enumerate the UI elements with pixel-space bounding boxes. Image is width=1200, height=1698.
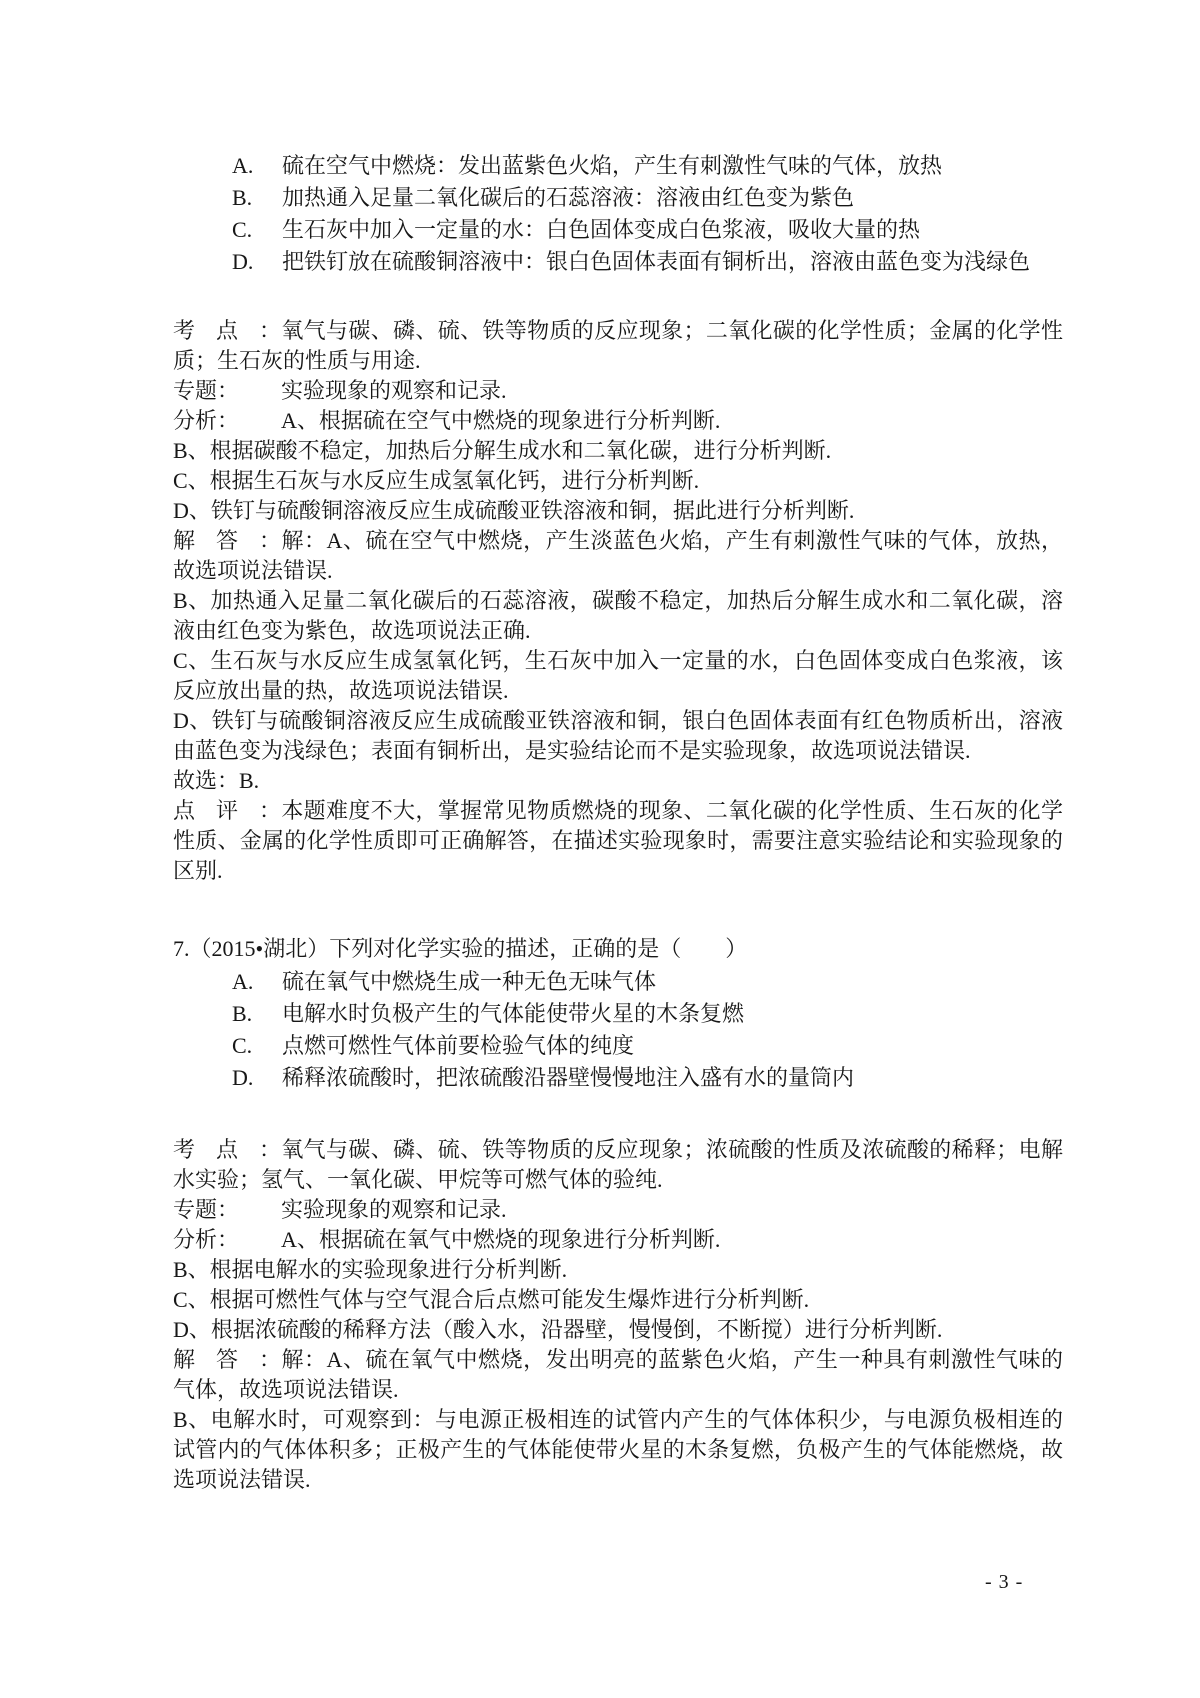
- option-letter: B.: [232, 998, 282, 1030]
- line-text: 实验现象的观察和记录.: [281, 378, 507, 403]
- analysis-line: C、生石灰与水反应生成氢氧化钙，生石灰中加入一定量的水，白色固体变成白色浆液，该: [173, 646, 1063, 676]
- option-line: C.生石灰中加入一定量的水：白色固体变成白色浆液，吸收大量的热: [173, 214, 1063, 246]
- line-text: 氧气与碳、磷、硫、铁等物质的反应现象；二氧化碳的化学性质；金属的化学性: [281, 318, 1063, 343]
- analysis-line: 区别.: [173, 856, 1063, 886]
- analysis-line: B、根据碳酸不稳定，加热后分解生成水和二氧化碳，进行分析判断.: [173, 436, 1063, 466]
- analysis-line: D、铁钉与硫酸铜溶液反应生成硫酸亚铁溶液和铜，银白色固体表面有红色物质析出，溶液: [173, 706, 1063, 736]
- analysis-line: 性质、金属的化学性质即可正确解答，在描述实验现象时，需要注意实验结论和实验现象的: [173, 826, 1063, 856]
- analysis-line: 考点：氧气与碳、磷、硫、铁等物质的反应现象；二氧化碳的化学性质；金属的化学性: [173, 316, 1063, 346]
- question7-analysis: 考点：氧气与碳、磷、硫、铁等物质的反应现象；浓硫酸的性质及浓硫酸的稀释；电解水实…: [173, 1135, 1063, 1495]
- line-text: 水实验；氢气、一氧化碳、甲烷等可燃气体的验纯.: [173, 1167, 663, 1192]
- page-number: - 3 -: [985, 1571, 1023, 1594]
- line-text: 硫在氧气中燃烧生成一种无色无味气体: [282, 969, 656, 994]
- analysis-line: B、加热通入足量二氧化碳后的石蕊溶液，碳酸不稳定，加热后分解生成水和二氧化碳，溶: [173, 586, 1063, 616]
- option-line: D.稀释浓硫酸时，把浓硫酸沿器壁慢慢地注入盛有水的量筒内: [173, 1062, 1063, 1094]
- line-text: 试管内的气体体积多；正极产生的气体能使带火星的木条复燃，负极产生的气体能燃烧，故: [173, 1437, 1063, 1462]
- option-letter: C.: [232, 1030, 282, 1062]
- line-text: 加热通入足量二氧化碳后的石蕊溶液：溶液由红色变为紫色: [282, 185, 854, 210]
- line-text: 选项说法错误.: [173, 1467, 311, 1492]
- analysis-line: 分析：A、根据硫在氧气中燃烧的现象进行分析判断.: [173, 1225, 1063, 1255]
- analysis-label: 点评：: [173, 796, 281, 826]
- line-text: 把铁钉放在硫酸铜溶液中：银白色固体表面有铜析出，溶液由蓝色变为浅绿色: [282, 249, 1030, 274]
- analysis-line: 质；生石灰的性质与用途.: [173, 346, 1063, 376]
- line-text: 点燃可燃性气体前要检验气体的纯度: [282, 1033, 634, 1058]
- line-text: C、生石灰与水反应生成氢氧化钙，生石灰中加入一定量的水，白色固体变成白色浆液，该: [173, 648, 1063, 673]
- analysis-line: 水实验；氢气、一氧化碳、甲烷等可燃气体的验纯.: [173, 1165, 1063, 1195]
- line-text: D、根据浓硫酸的稀释方法（酸入水，沿器壁，慢慢倒，不断搅）进行分析判断.: [173, 1317, 942, 1342]
- option-line: C.点燃可燃性气体前要检验气体的纯度: [173, 1030, 1063, 1062]
- option-letter: A.: [232, 150, 282, 182]
- line-text: 解：A、硫在氧气中燃烧，发出明亮的蓝紫色火焰，产生一种具有刺激性气味的: [281, 1347, 1063, 1372]
- question6-analysis: 考点：氧气与碳、磷、硫、铁等物质的反应现象；二氧化碳的化学性质；金属的化学性质；…: [173, 316, 1063, 886]
- question7-options: A.硫在氧气中燃烧生成一种无色无味气体B.电解水时负极产生的气体能使带火星的木条…: [173, 966, 1063, 1094]
- question6-options: A.硫在空气中燃烧：发出蓝紫色火焰，产生有刺激性气味的气体，放热B.加热通入足量…: [173, 150, 1063, 278]
- analysis-line: B、电解水时，可观察到：与电源正极相连的试管内产生的气体体积少，与电源负极相连的: [173, 1405, 1063, 1435]
- line-text: D、铁钉与硫酸铜溶液反应生成硫酸亚铁溶液和铜，银白色固体表面有红色物质析出，溶液: [173, 708, 1063, 733]
- option-line: A.硫在氧气中燃烧生成一种无色无味气体: [173, 966, 1063, 998]
- analysis-line: 故选项说法错误.: [173, 556, 1063, 586]
- line-text: 性质、金属的化学性质即可正确解答，在描述实验现象时，需要注意实验结论和实验现象的: [173, 828, 1063, 853]
- analysis-label: 解答：: [173, 526, 281, 556]
- analysis-label: 专题：: [173, 376, 281, 406]
- analysis-label: 专题：: [173, 1195, 281, 1225]
- analysis-label: 分析：: [173, 1225, 281, 1255]
- analysis-line: 故选：B.: [173, 766, 1063, 796]
- line-text: C、根据可燃性气体与空气混合后点燃可能发生爆炸进行分析判断.: [173, 1287, 809, 1312]
- analysis-line: 点评：本题难度不大，掌握常见物质燃烧的现象、二氧化碳的化学性质、生石灰的化学: [173, 796, 1063, 826]
- line-text: 故选项说法错误.: [173, 558, 333, 583]
- option-line: D.把铁钉放在硫酸铜溶液中：银白色固体表面有铜析出，溶液由蓝色变为浅绿色: [173, 246, 1063, 278]
- document-page: A.硫在空气中燃烧：发出蓝紫色火焰，产生有刺激性气味的气体，放热B.加热通入足量…: [0, 0, 1200, 1698]
- line-text: A、根据硫在氧气中燃烧的现象进行分析判断.: [281, 1227, 720, 1252]
- line-text: 区别.: [173, 858, 223, 883]
- line-text: 本题难度不大，掌握常见物质燃烧的现象、二氧化碳的化学性质、生石灰的化学: [281, 798, 1063, 823]
- line-text: 实验现象的观察和记录.: [281, 1197, 507, 1222]
- analysis-line: 气体，故选项说法错误.: [173, 1375, 1063, 1405]
- option-line: A.硫在空气中燃烧：发出蓝紫色火焰，产生有刺激性气味的气体，放热: [173, 150, 1063, 182]
- analysis-label: 考点：: [173, 316, 281, 346]
- line-text: 气体，故选项说法错误.: [173, 1377, 399, 1402]
- line-text: 反应放出量的热，故选项说法错误.: [173, 678, 509, 703]
- line-text: 质；生石灰的性质与用途.: [173, 348, 421, 373]
- page-content: A.硫在空气中燃烧：发出蓝紫色火焰，产生有刺激性气味的气体，放热B.加热通入足量…: [173, 0, 1063, 1495]
- option-letter: C.: [232, 214, 282, 246]
- analysis-line: 液由红色变为紫色，故选项说法正确.: [173, 616, 1063, 646]
- line-text: B、根据碳酸不稳定，加热后分解生成水和二氧化碳，进行分析判断.: [173, 438, 831, 463]
- analysis-line: 考点：氧气与碳、磷、硫、铁等物质的反应现象；浓硫酸的性质及浓硫酸的稀释；电解: [173, 1135, 1063, 1165]
- line-text: 硫在空气中燃烧：发出蓝紫色火焰，产生有刺激性气味的气体，放热: [282, 153, 942, 178]
- question7-heading: 7.（2015•湖北）下列对化学实验的描述，正确的是（ ）: [173, 932, 1063, 966]
- analysis-line: 反应放出量的热，故选项说法错误.: [173, 676, 1063, 706]
- option-letter: A.: [232, 966, 282, 998]
- analysis-line: D、根据浓硫酸的稀释方法（酸入水，沿器壁，慢慢倒，不断搅）进行分析判断.: [173, 1315, 1063, 1345]
- line-text: C、根据生石灰与水反应生成氢氧化钙，进行分析判断.: [173, 468, 699, 493]
- analysis-line: 解答：解：A、硫在氧气中燃烧，发出明亮的蓝紫色火焰，产生一种具有刺激性气味的: [173, 1345, 1063, 1375]
- line-text: 故选：B.: [173, 768, 259, 793]
- option-line: B.电解水时负极产生的气体能使带火星的木条复燃: [173, 998, 1063, 1030]
- line-text: 氧气与碳、磷、硫、铁等物质的反应现象；浓硫酸的性质及浓硫酸的稀释；电解: [281, 1137, 1063, 1162]
- analysis-line: 试管内的气体体积多；正极产生的气体能使带火星的木条复燃，负极产生的气体能燃烧，故: [173, 1435, 1063, 1465]
- analysis-label: 分析：: [173, 406, 281, 436]
- line-text: 稀释浓硫酸时，把浓硫酸沿器壁慢慢地注入盛有水的量筒内: [282, 1065, 854, 1090]
- option-line: B.加热通入足量二氧化碳后的石蕊溶液：溶液由红色变为紫色: [173, 182, 1063, 214]
- line-text: 解：A、硫在空气中燃烧，产生淡蓝色火焰，产生有刺激性气味的气体，放热，: [281, 528, 1063, 553]
- analysis-line: 专题：实验现象的观察和记录.: [173, 376, 1063, 406]
- analysis-label: 解答：: [173, 1345, 281, 1375]
- analysis-label: 考点：: [173, 1135, 281, 1165]
- analysis-line: C、根据可燃性气体与空气混合后点燃可能发生爆炸进行分析判断.: [173, 1285, 1063, 1315]
- option-letter: D.: [232, 246, 282, 278]
- line-text: 液由红色变为紫色，故选项说法正确.: [173, 618, 531, 643]
- line-text: 由蓝色变为浅绿色；表面有铜析出，是实验结论而不是实验现象，故选项说法错误.: [173, 738, 971, 763]
- analysis-line: 选项说法错误.: [173, 1465, 1063, 1495]
- line-text: A、根据硫在空气中燃烧的现象进行分析判断.: [281, 408, 720, 433]
- option-letter: B.: [232, 182, 282, 214]
- option-letter: D.: [232, 1062, 282, 1094]
- analysis-line: B、根据电解水的实验现象进行分析判断.: [173, 1255, 1063, 1285]
- line-text: 电解水时负极产生的气体能使带火星的木条复燃: [282, 1001, 744, 1026]
- analysis-line: D、铁钉与硫酸铜溶液反应生成硫酸亚铁溶液和铜，据此进行分析判断.: [173, 496, 1063, 526]
- analysis-line: 分析：A、根据硫在空气中燃烧的现象进行分析判断.: [173, 406, 1063, 436]
- line-text: B、电解水时，可观察到：与电源正极相连的试管内产生的气体体积少，与电源负极相连的: [173, 1407, 1063, 1432]
- analysis-line: C、根据生石灰与水反应生成氢氧化钙，进行分析判断.: [173, 466, 1063, 496]
- analysis-line: 解答：解：A、硫在空气中燃烧，产生淡蓝色火焰，产生有刺激性气味的气体，放热，: [173, 526, 1063, 556]
- line-text: 生石灰中加入一定量的水：白色固体变成白色浆液，吸收大量的热: [282, 217, 920, 242]
- line-text: B、加热通入足量二氧化碳后的石蕊溶液，碳酸不稳定，加热后分解生成水和二氧化碳，溶: [173, 588, 1063, 613]
- line-text: B、根据电解水的实验现象进行分析判断.: [173, 1257, 567, 1282]
- line-text: D、铁钉与硫酸铜溶液反应生成硫酸亚铁溶液和铜，据此进行分析判断.: [173, 498, 854, 523]
- analysis-line: 由蓝色变为浅绿色；表面有铜析出，是实验结论而不是实验现象，故选项说法错误.: [173, 736, 1063, 766]
- analysis-line: 专题：实验现象的观察和记录.: [173, 1195, 1063, 1225]
